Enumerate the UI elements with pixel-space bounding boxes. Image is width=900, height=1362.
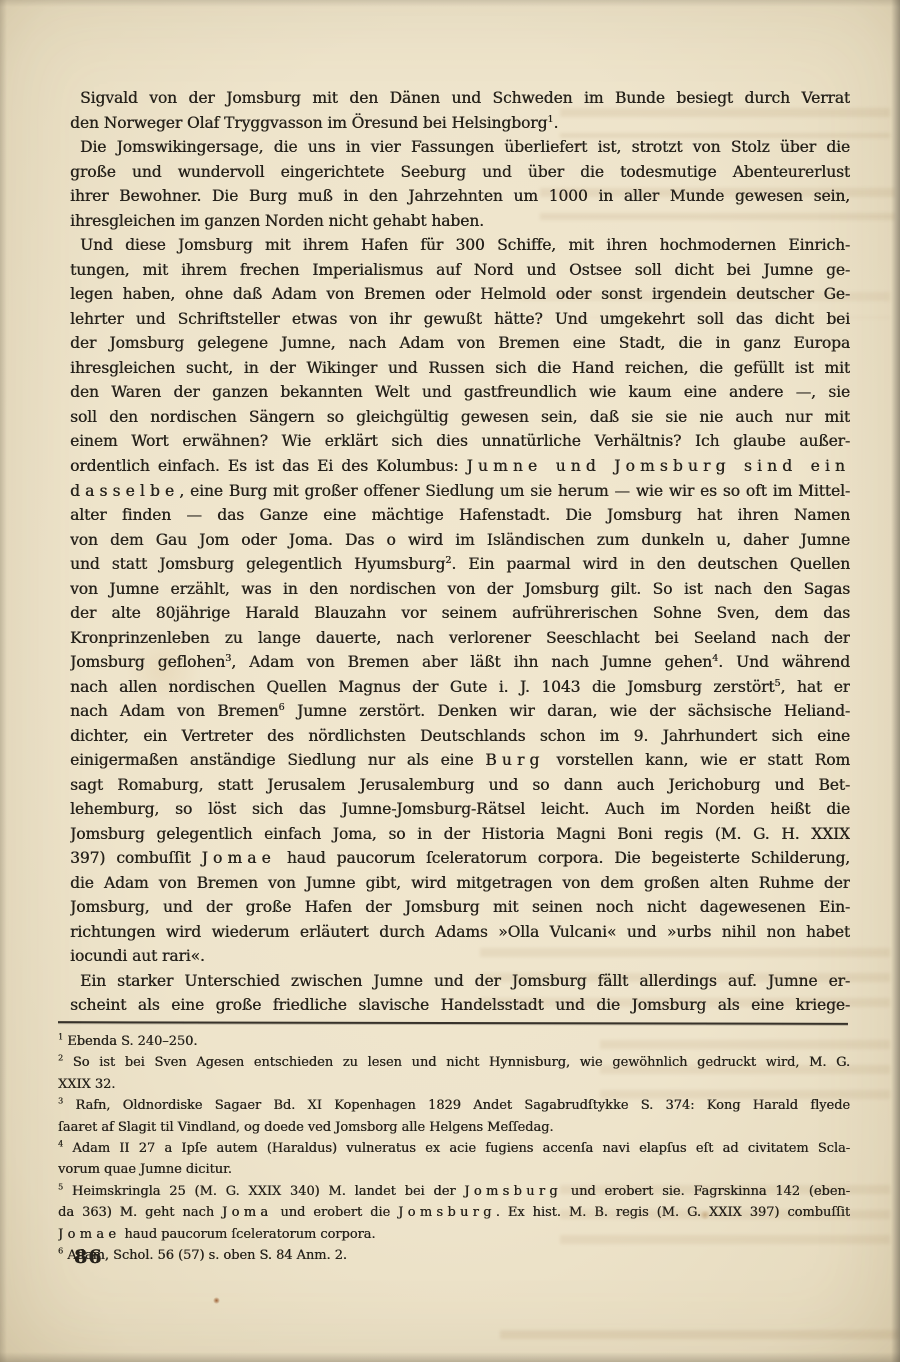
text-line: 4 Adam II 27 a Ipſe autem (Haraldus) vul… [58, 1138, 850, 1159]
text-line: ihresgleichen im ganzen Norden nicht geh… [70, 209, 850, 234]
paragraph: Sigvald von der Jomsburg mit den Dänen u… [70, 86, 850, 135]
text-line: der Jomsburg gelegene Jumne, nach Adam v… [70, 331, 850, 356]
text-line: und statt Jomsburg gelegentlich Hyumsbur… [70, 552, 850, 577]
footnote-reference: 6 [278, 702, 284, 713]
text-line: sagt Romaburg, statt Jerusalem Jerusalem… [70, 773, 850, 798]
footnote-reference: 1 [547, 113, 553, 124]
text-line: Die Jomswikingersage, die uns in vier Fa… [70, 135, 850, 160]
text-line: große und wundervoll eingerichtete Seebu… [70, 160, 850, 185]
text-line: Und diese Jomsburg mit ihrem Hafen für 3… [70, 233, 850, 258]
footnote-reference: 5 [774, 677, 780, 688]
text-line: einem Wort erwähnen? Wie erklärt sich di… [70, 429, 850, 454]
text-line: iocundi aut rari«. [70, 944, 850, 969]
text-line: ihrer Bewohner. Die Burg muß in den Jahr… [70, 184, 850, 209]
text-line: lehemburg, so löst sich das Jumne-Jomsbu… [70, 797, 850, 822]
text-line: ſaaret af Slagit til Vindland, og doede … [58, 1117, 850, 1138]
text-line: 6 Adam, Schol. 56 (57) s. oben S. 84 Anm… [58, 1245, 850, 1266]
text-line: die Adam von Bremen von Jumne gibt, wird… [70, 871, 850, 896]
text-line: einigermaßen anständige Siedlung nur als… [70, 748, 850, 773]
bleedthrough-text-artifact [500, 1330, 900, 1348]
footnote: 6 Adam, Schol. 56 (57) s. oben S. 84 Anm… [58, 1245, 850, 1266]
text-line: Jomsburg, und der große Hafen der Jomsbu… [70, 895, 850, 920]
text-line: Jomsburg geflohen3, Adam von Bremen aber… [70, 650, 850, 675]
text-line: Jomsburg gelegentlich einfach Joma, so i… [70, 822, 850, 847]
text-line: Kronprinzenleben zu lange dauerte, nach … [70, 626, 850, 651]
text-line: dasselbe, eine Burg mit großer offener S… [70, 479, 850, 504]
footnote: 2 So ist bei Sven Agesen entschieden zu … [58, 1052, 850, 1095]
text-line: nach allen nordischen Quellen Magnus der… [70, 675, 850, 700]
text-line: den Waren der ganzen bekannten Welt und … [70, 380, 850, 405]
text-line: dichter, ein Vertreter des nördlichsten … [70, 724, 850, 749]
footnote-reference: 2 [445, 555, 451, 566]
footnote: 1 Ebenda S. 240–250. [58, 1031, 850, 1052]
footnote-reference: 3 [58, 1097, 63, 1106]
footnote-reference: 3 [225, 653, 231, 664]
text-line: von dem Gau Jom oder Joma. Das o wird im… [70, 528, 850, 553]
text-line: 5 Heimskringla 25 (M. G. XXIX 340) M. la… [58, 1181, 850, 1202]
footnote-reference: 4 [712, 653, 718, 664]
text-line: vorum quae Jumne dicitur. [58, 1159, 850, 1180]
text-line: Jomae haud paucorum ſceleratorum corpora… [58, 1224, 850, 1245]
text-line: ordentlich einfach. Es ist das Ei des Ko… [70, 454, 850, 479]
text-line: scheint als eine große friedliche slavis… [70, 993, 850, 1018]
text-line: 2 So ist bei Sven Agesen entschieden zu … [58, 1052, 850, 1073]
text-line: tungen, mit ihrem frechen Imperialismus … [70, 258, 850, 283]
scanned-book-page: Sigvald von der Jomsburg mit den Dänen u… [0, 0, 900, 1362]
foxing-spot [213, 1297, 220, 1304]
paragraph: Ein starker Unterschied zwischen Jumne u… [70, 969, 850, 1018]
text-line: ihresgleichen sucht, in der Wikinger und… [70, 356, 850, 381]
footnote-reference: 1 [58, 1033, 63, 1042]
footnote-reference: 6 [58, 1247, 63, 1256]
text-line: der alte 80jährige Harald Blauzahn vor s… [70, 601, 850, 626]
text-line: nach Adam von Bremen6 Jumne zerstört. De… [70, 699, 850, 724]
footnote: 5 Heimskringla 25 (M. G. XXIX 340) M. la… [58, 1181, 850, 1245]
text-line: Ein starker Unterschied zwischen Jumne u… [70, 969, 850, 994]
text-line: von Jumne erzählt, was in den nordischen… [70, 577, 850, 602]
footnote-section: 1 Ebenda S. 240–250.2 So ist bei Sven Ag… [58, 1031, 850, 1266]
footnote: 4 Adam II 27 a Ipſe autem (Haraldus) vul… [58, 1138, 850, 1181]
text-line: 3 Rafn, Oldnordiske Sagaer Bd. XI Kopenh… [58, 1095, 850, 1116]
text-line: den Norweger Olaf Tryggvasson im Öresund… [70, 111, 850, 136]
footnote-reference: 4 [58, 1140, 63, 1149]
paragraph: Die Jomswikingersage, die uns in vier Fa… [70, 135, 850, 233]
footnote-reference: 5 [58, 1183, 63, 1192]
text-line: 1 Ebenda S. 240–250. [58, 1031, 850, 1052]
footnote-separator-rule [58, 1021, 848, 1025]
footnote-reference: 2 [58, 1054, 63, 1063]
text-line: legen haben, ohne daß Adam von Bremen od… [70, 282, 850, 307]
body-text: Sigvald von der Jomsburg mit den Dänen u… [70, 86, 850, 1018]
footnote: 3 Rafn, Oldnordiske Sagaer Bd. XI Kopenh… [58, 1095, 850, 1138]
paragraph: Und diese Jomsburg mit ihrem Hafen für 3… [70, 233, 850, 969]
page-number: 86 [74, 1246, 102, 1268]
text-line: da 363) M. geht nach Joma und erobert di… [58, 1202, 850, 1223]
text-line: Sigvald von der Jomsburg mit den Dänen u… [70, 86, 850, 111]
text-line: 397) combuſſit Jomae haud paucorum ſcele… [70, 846, 850, 871]
text-line: alter finden — das Ganze eine mächtige H… [70, 503, 850, 528]
text-line: soll den nordischen Sängern so gleichgül… [70, 405, 850, 430]
text-line: lehrter und Schriftsteller etwas von ihr… [70, 307, 850, 332]
text-line: XXIX 32. [58, 1074, 850, 1095]
text-line: richtungen wird wiederum erläutert durch… [70, 920, 850, 945]
